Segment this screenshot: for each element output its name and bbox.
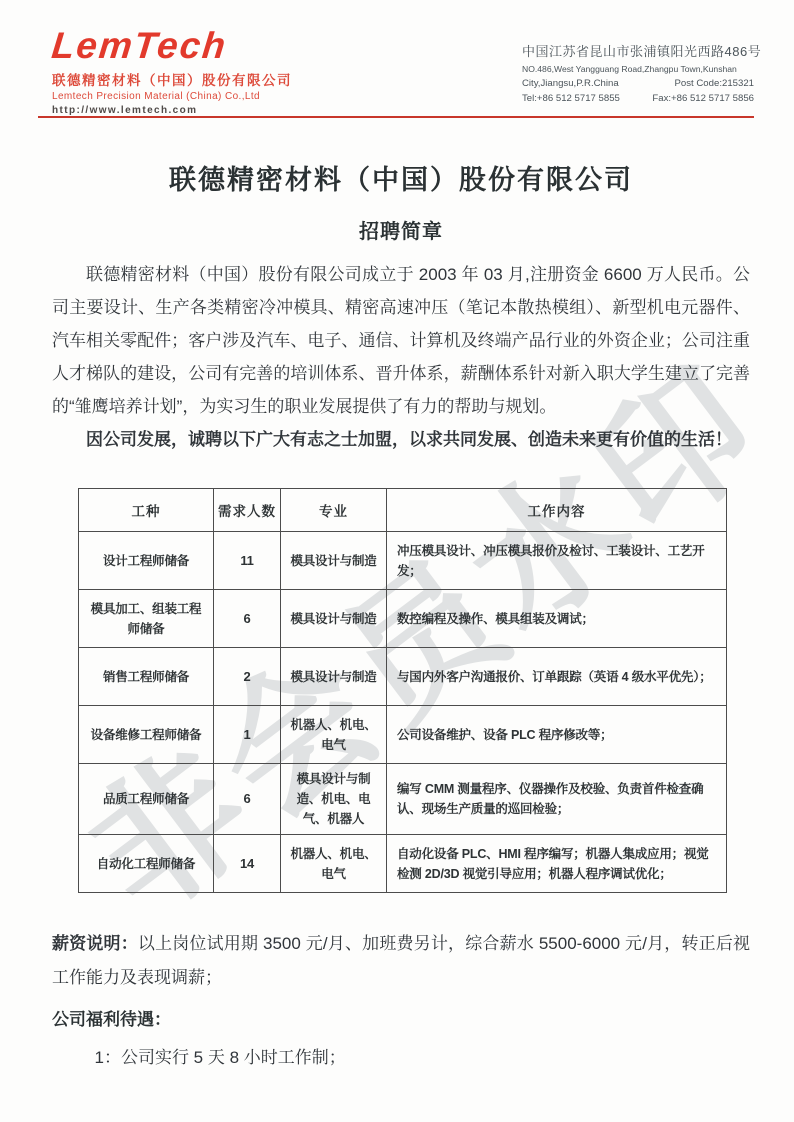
letterhead: LemTech 联德精密材料（中国）股份有限公司 Lemtech Precisi… [52,27,754,116]
jobs-table-column-header: 工作内容 [387,489,727,532]
jobs-table-cell: 11 [214,532,281,590]
recruitment-appeal-paragraph: 因公司发展，诚聘以下广大有志之士加盟，以求共同发展、创造未来更有价值的生活！ [52,423,750,456]
jobs-table-cell: 设备维修工程师储备 [79,706,214,764]
jobs-table-row: 设备维修工程师储备1机器人、机电、电气公司设备维护、设备 PLC 程序修改等； [79,706,727,764]
jobs-table-row: 模具加工、组装工程师储备6模具设计与制造数控编程及操作、模具组装及调试； [79,590,727,648]
header-divider-rule [38,116,754,118]
tel-number: Tel:+86 512 5717 5855 [522,93,620,104]
logo-company-name-cn: 联德精密材料（中国）股份有限公司 [52,69,292,89]
jobs-table-cell: 机器人、机电、电气 [281,706,387,764]
address-cn: 中国江苏省昆山市张浦镇阳光西路486号 [522,41,754,60]
salary-note-paragraph: 薪资说明：以上岗位试用期 3500 元/月、加班费另计，综合薪水 5500-60… [52,927,750,995]
jobs-table-row: 自动化工程师储备14机器人、机电、电气自动化设备 PLC、HMI 程序编写；机器… [79,835,727,893]
document-title: 联德精密材料（中国）股份有限公司 [52,158,750,197]
jobs-table-row: 品质工程师储备6模具设计与制造、机电、电气、机器人编写 CMM 测量程序、仪器操… [79,764,727,835]
logo-wordmark: LemTech [50,27,294,64]
address-en-line1: NO.486,West Yangguang Road,Zhangpu Town,… [522,64,754,74]
document-subtitle: 招聘简章 [52,215,750,244]
company-intro-paragraph: 联德精密材料（中国）股份有限公司成立于 2003 年 03 月,注册资金 660… [52,258,750,423]
post-code: Post Code:215321 [675,78,754,89]
jobs-table-cell: 编写 CMM 测量程序、仪器操作及校验、负责首件检查确认、现场生产质量的巡回检验… [387,764,727,835]
jobs-table-header-row: 工种需求人数专业工作内容 [79,489,727,532]
jobs-table-cell: 冲压模具设计、冲压模具报价及检讨、工装设计、工艺开发； [387,532,727,590]
scanned-recruitment-document: 非会员水印 LemTech 联德精密材料（中国）股份有限公司 Lemtech P… [0,0,794,1122]
jobs-table-column-header: 需求人数 [214,489,281,532]
jobs-table-cell: 模具设计与制造 [281,648,387,706]
benefits-heading: 公司福利待遇： [52,1005,750,1035]
jobs-table-cell: 1 [214,706,281,764]
jobs-table-cell: 模具设计与制造 [281,590,387,648]
jobs-table-column-header: 工种 [79,489,214,532]
jobs-table: 工种需求人数专业工作内容 设计工程师储备11模具设计与制造冲压模具设计、冲压模具… [78,488,727,893]
jobs-table-cell: 机器人、机电、电气 [281,835,387,893]
salary-label: 薪资说明： [52,934,138,953]
jobs-table-body: 设计工程师储备11模具设计与制造冲压模具设计、冲压模具报价及检讨、工装设计、工艺… [79,532,727,893]
company-logo-block: LemTech 联德精密材料（中国）股份有限公司 Lemtech Precisi… [52,27,292,116]
jobs-table-cell: 品质工程师储备 [79,764,214,835]
address-en-line2: City,Jiangsu,P.R.China [522,78,619,89]
benefit-item: 1：公司实行 5 天 8 小时工作制； [52,1043,750,1073]
jobs-table-cell: 6 [214,590,281,648]
jobs-table-cell: 与国内外客户沟通报价、订单跟踪（英语 4 级水平优先）； [387,648,727,706]
benefits-list: 1：公司实行 5 天 8 小时工作制； [52,1043,750,1073]
fax-number: Fax:+86 512 5717 5856 [652,93,754,104]
jobs-table-cell: 模具加工、组装工程师储备 [79,590,214,648]
jobs-table-row: 销售工程师储备2模具设计与制造与国内外客户沟通报价、订单跟踪（英语 4 级水平优… [79,648,727,706]
jobs-table-cell: 自动化工程师储备 [79,835,214,893]
jobs-table-cell: 模具设计与制造、机电、电气、机器人 [281,764,387,835]
jobs-table-cell: 公司设备维护、设备 PLC 程序修改等； [387,706,727,764]
jobs-table-cell: 14 [214,835,281,893]
jobs-table-cell: 销售工程师储备 [79,648,214,706]
document-body: 联德精密材料（中国）股份有限公司 招聘简章 联德精密材料（中国）股份有限公司成立… [52,150,750,1073]
jobs-table-column-header: 专业 [281,489,387,532]
jobs-table-cell: 设计工程师储备 [79,532,214,590]
jobs-table-cell: 2 [214,648,281,706]
jobs-table-row: 设计工程师储备11模具设计与制造冲压模具设计、冲压模具报价及检讨、工装设计、工艺… [79,532,727,590]
company-website-url: http://www.lemtech.com [52,105,292,116]
jobs-table-cell: 6 [214,764,281,835]
salary-text: 以上岗位试用期 3500 元/月、加班费另计，综合薪水 5500-6000 元/… [52,934,750,987]
jobs-table-cell: 自动化设备 PLC、HMI 程序编写；机器人集成应用；视觉检测 2D/3D 视觉… [387,835,727,893]
logo-company-name-en: Lemtech Precision Material (China) Co.,L… [52,91,292,102]
contact-info-block: 中国江苏省昆山市张浦镇阳光西路486号 NO.486,West Yangguan… [522,41,754,104]
jobs-table-cell: 模具设计与制造 [281,532,387,590]
jobs-table-cell: 数控编程及操作、模具组装及调试； [387,590,727,648]
